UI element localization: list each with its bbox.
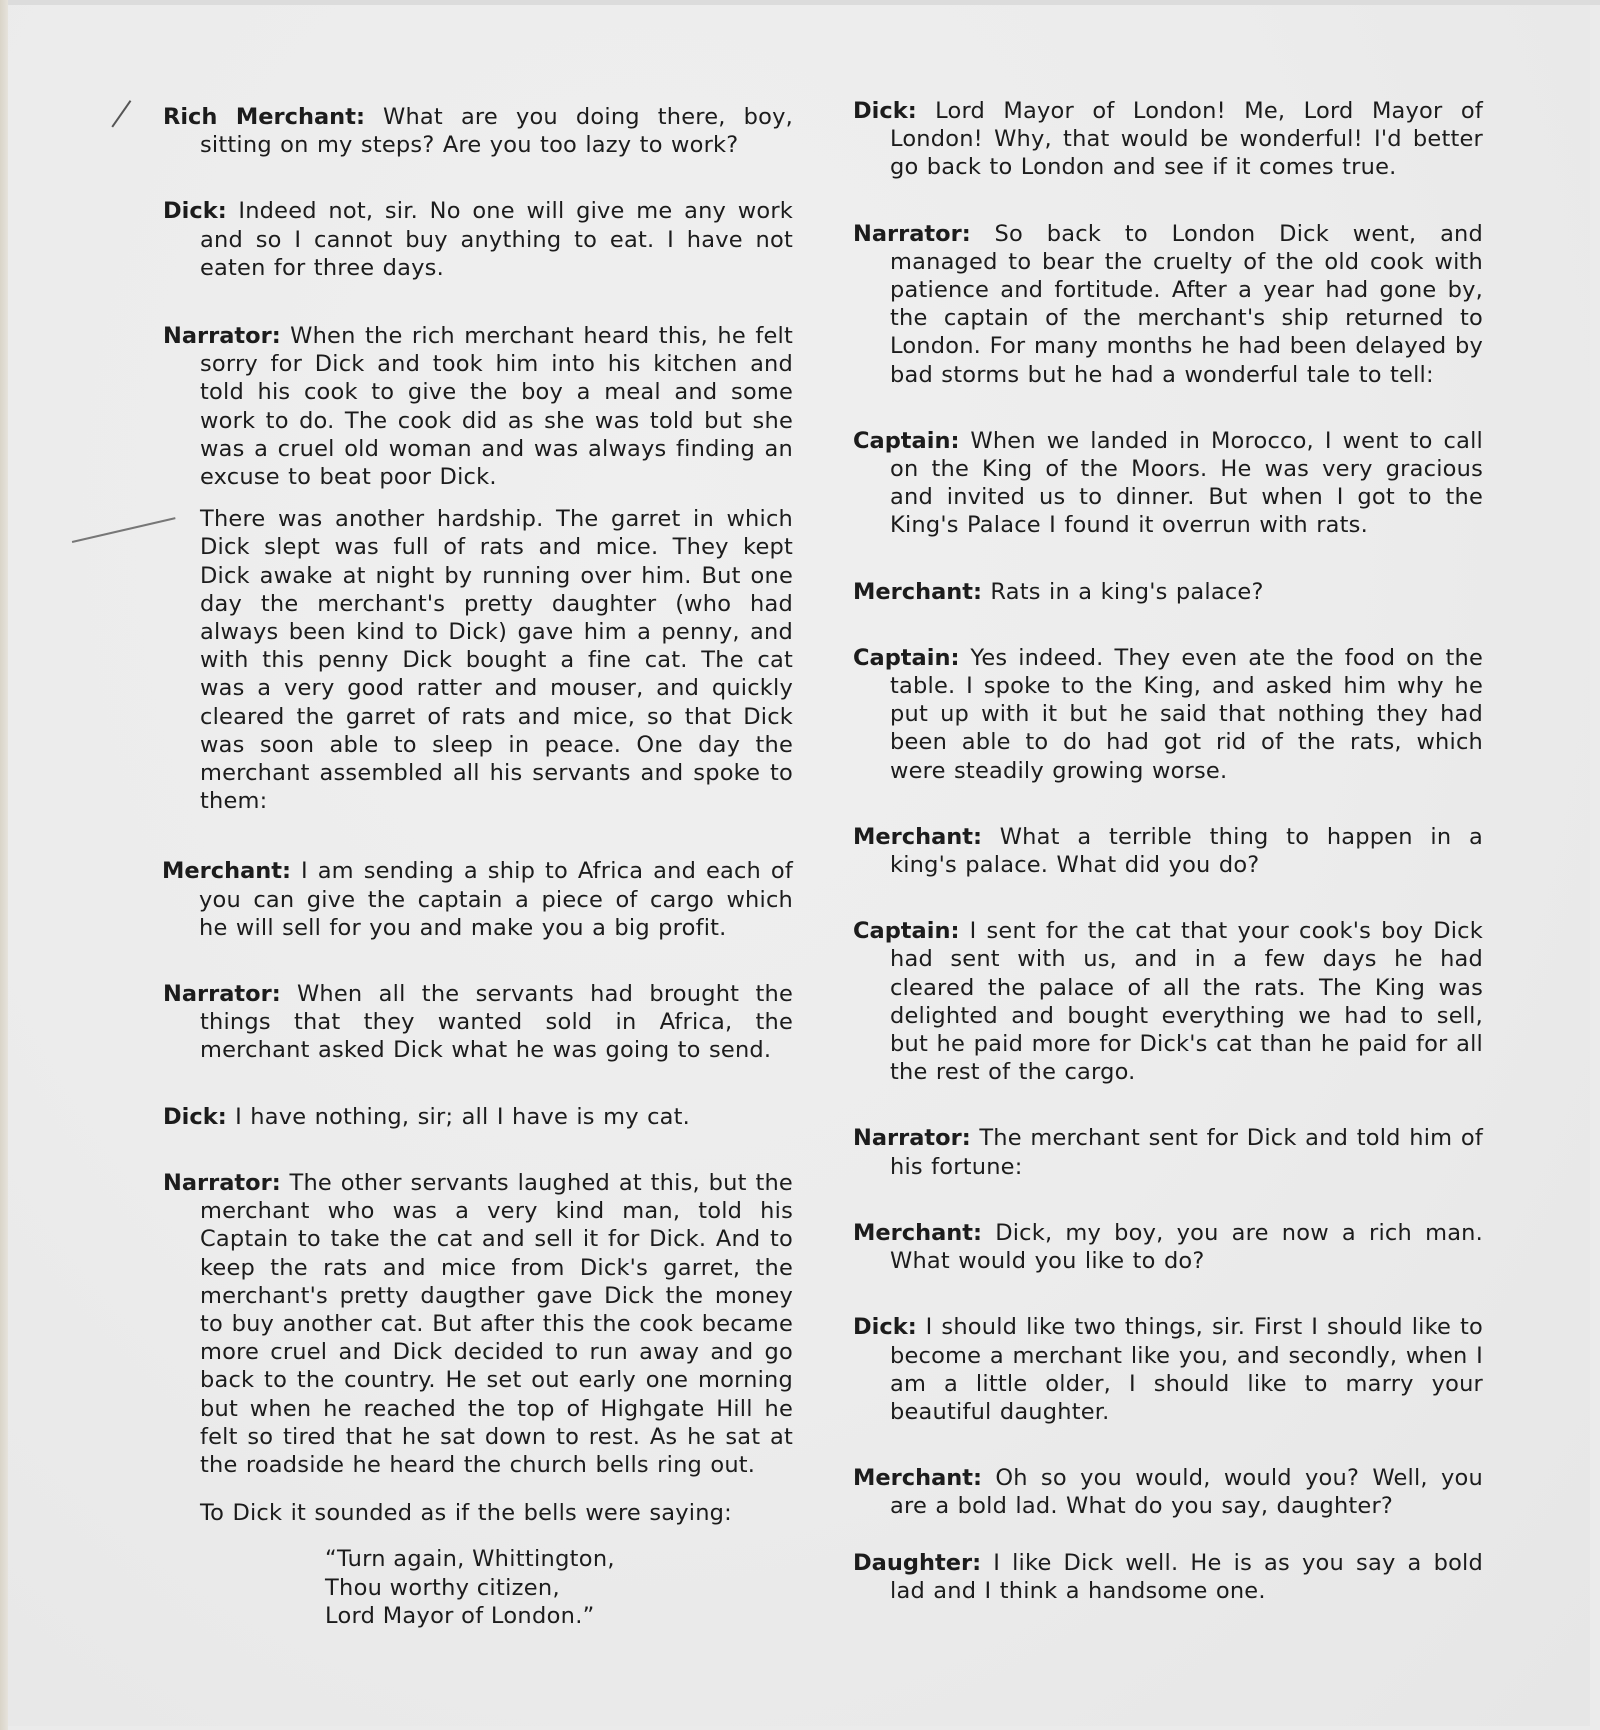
narration-text: There was another hardship. The garret i…	[200, 506, 793, 814]
speaker-label: Dick:	[163, 198, 227, 224]
left-column: Rich Merchant: What are you doing there,…	[163, 103, 793, 1631]
dialogue-daughter-1: Daughter: I like Dick well. He is as you…	[853, 1549, 1483, 1605]
dialogue-dick-3: Dick: Lord Mayor of London! Me, Lord May…	[853, 97, 1483, 182]
speaker-label: Merchant:	[853, 579, 982, 605]
speaker-label: Daughter:	[853, 1550, 981, 1576]
speaker-label: Dick:	[853, 98, 917, 124]
speaker-label: Merchant:	[853, 824, 982, 850]
narration-continuation-2: To Dick it sounded as if the bells were …	[163, 1499, 793, 1527]
speaker-label: Captain:	[853, 428, 959, 454]
poem-line: Thou worthy citizen,	[325, 1574, 793, 1603]
dialogue-text: Lord Mayor of London! Me, Lord Mayor of …	[890, 98, 1483, 180]
dialogue-merchant-3: Merchant: What a terrible thing to happe…	[853, 823, 1483, 879]
speaker-label: Dick:	[853, 1314, 917, 1340]
dialogue-narrator-2: Narrator: When all the servants had brou…	[163, 980, 793, 1065]
speaker-label: Merchant:	[853, 1220, 982, 1246]
poem-line: “Turn again, Whittington,	[325, 1545, 793, 1574]
dialogue-merchant-4: Merchant: Dick, my boy, you are now a ri…	[853, 1219, 1483, 1275]
speaker-label: Narrator:	[163, 323, 281, 349]
dialogue-dick-4: Dick: I should like two things, sir. Fir…	[853, 1313, 1483, 1426]
dialogue-captain-1: Captain: When we landed in Morocco, I we…	[853, 427, 1483, 540]
speaker-label: Merchant:	[853, 1465, 982, 1491]
dialogue-text: I should like two things, sir. First I s…	[890, 1314, 1483, 1425]
dialogue-narrator-3: Narrator: The other servants laughed at …	[163, 1169, 793, 1479]
dialogue-text: Indeed not, sir. No one will give me any…	[200, 198, 793, 280]
dialogue-text: So back to London Dick went, and managed…	[890, 221, 1483, 388]
dialogue-text: The merchant sent for Dick and told him …	[890, 1125, 1483, 1179]
speaker-label: Narrator:	[853, 1125, 971, 1151]
dialogue-text: When all the servants had brought the th…	[200, 981, 793, 1063]
speaker-label: Narrator:	[163, 1170, 281, 1196]
dialogue-text: Yes indeed. They even ate the food on th…	[890, 645, 1483, 784]
dialogue-text: When we landed in Morocco, I went to cal…	[890, 428, 1483, 539]
dialogue-narrator-4: Narrator: So back to London Dick went, a…	[853, 220, 1483, 389]
dialogue-narrator-5: Narrator: The merchant sent for Dick and…	[853, 1124, 1483, 1180]
dialogue-captain-2: Captain: Yes indeed. They even ate the f…	[853, 644, 1483, 785]
dialogue-merchant-2: Merchant: Rats in a king's palace?	[853, 578, 1483, 606]
page-top-edge	[0, 0, 1600, 5]
dialogue-dick-2: Dick: I have nothing, sir; all I have is…	[163, 1103, 793, 1131]
dialogue-text: The other servants laughed at this, but …	[200, 1170, 793, 1478]
speaker-label: Merchant:	[162, 858, 291, 884]
dialogue-text: I have nothing, sir; all I have is my ca…	[235, 1104, 690, 1130]
dialogue-dick-1: Dick: Indeed not, sir. No one will give …	[163, 197, 793, 282]
speaker-label: Dick:	[163, 1104, 227, 1130]
speaker-label: Narrator:	[163, 981, 281, 1007]
poem-line: Lord Mayor of London.”	[325, 1602, 793, 1631]
page-left-edge	[0, 0, 8, 1730]
speaker-label: Narrator:	[853, 221, 971, 247]
dialogue-rich-merchant-1: Rich Merchant: What are you doing there,…	[163, 103, 793, 159]
dialogue-text: I sent for the cat that your cook's boy …	[890, 918, 1483, 1085]
speaker-label: Rich Merchant:	[163, 104, 365, 130]
dialogue-merchant-5: Merchant: Oh so you would, would you? We…	[853, 1464, 1483, 1520]
speaker-label: Captain:	[853, 918, 959, 944]
dialogue-narrator-1: Narrator: When the rich merchant heard t…	[163, 322, 793, 491]
dialogue-text: When the rich merchant heard this, he fe…	[200, 323, 793, 490]
right-column: Dick: Lord Mayor of London! Me, Lord May…	[853, 97, 1483, 1605]
bells-poem: “Turn again, Whittington, Thou worthy ci…	[163, 1545, 793, 1631]
speaker-label: Captain:	[853, 645, 959, 671]
narration-continuation-1: There was another hardship. The garret i…	[163, 505, 793, 815]
dialogue-text: Rats in a king's palace?	[990, 579, 1263, 605]
dialogue-merchant-1: Merchant: I am sending a ship to Africa …	[163, 857, 793, 942]
narration-text: To Dick it sounded as if the bells were …	[200, 1500, 732, 1526]
dialogue-captain-3: Captain: I sent for the cat that your co…	[853, 917, 1483, 1086]
